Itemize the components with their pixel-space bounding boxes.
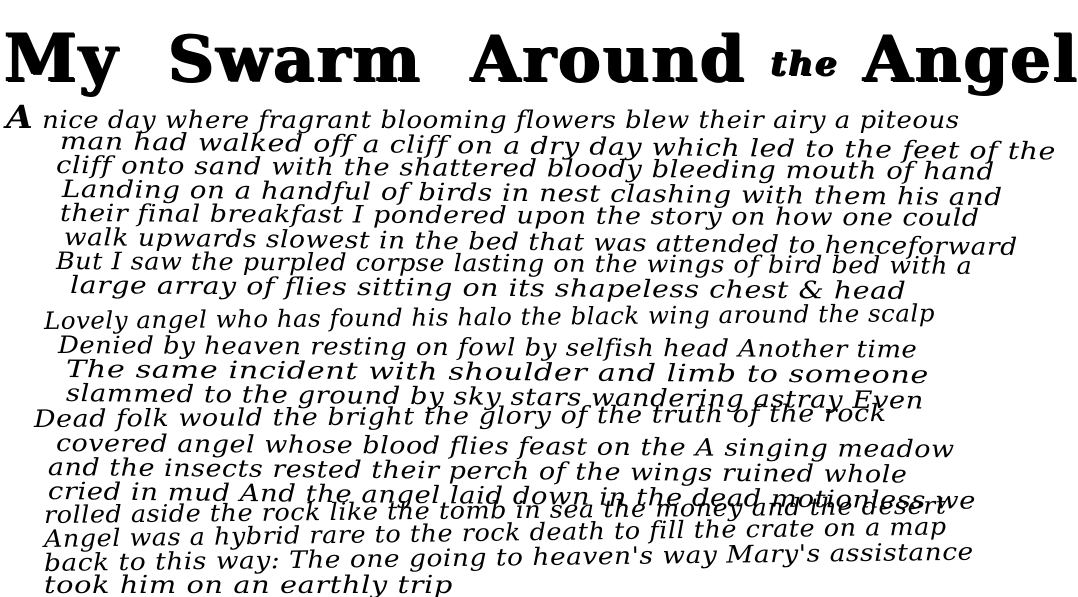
poem-body: A nice day where fragrant blooming flowe…: [0, 100, 1078, 590]
title-word-2: Swarm: [168, 22, 422, 97]
title-word-1: My: [4, 19, 119, 97]
poem-line: Lovely angel who has found his halo the …: [44, 300, 935, 334]
drop-cap: A: [6, 98, 33, 136]
title-word-5: Angel: [863, 22, 1078, 97]
poem-line: large array of flies sitting on its shap…: [70, 272, 907, 304]
poem-title: My Swarm Around the Angel Corpse: [4, 2, 1074, 106]
poem-line: took him on an earthly trip: [44, 572, 453, 597]
document-page: My Swarm Around the Angel Corpse A nice …: [0, 0, 1078, 597]
title-word-4: the: [771, 44, 839, 84]
poem-line: Dead folk would the bright the glory of …: [34, 400, 887, 432]
title-word-3: Around: [471, 22, 747, 97]
